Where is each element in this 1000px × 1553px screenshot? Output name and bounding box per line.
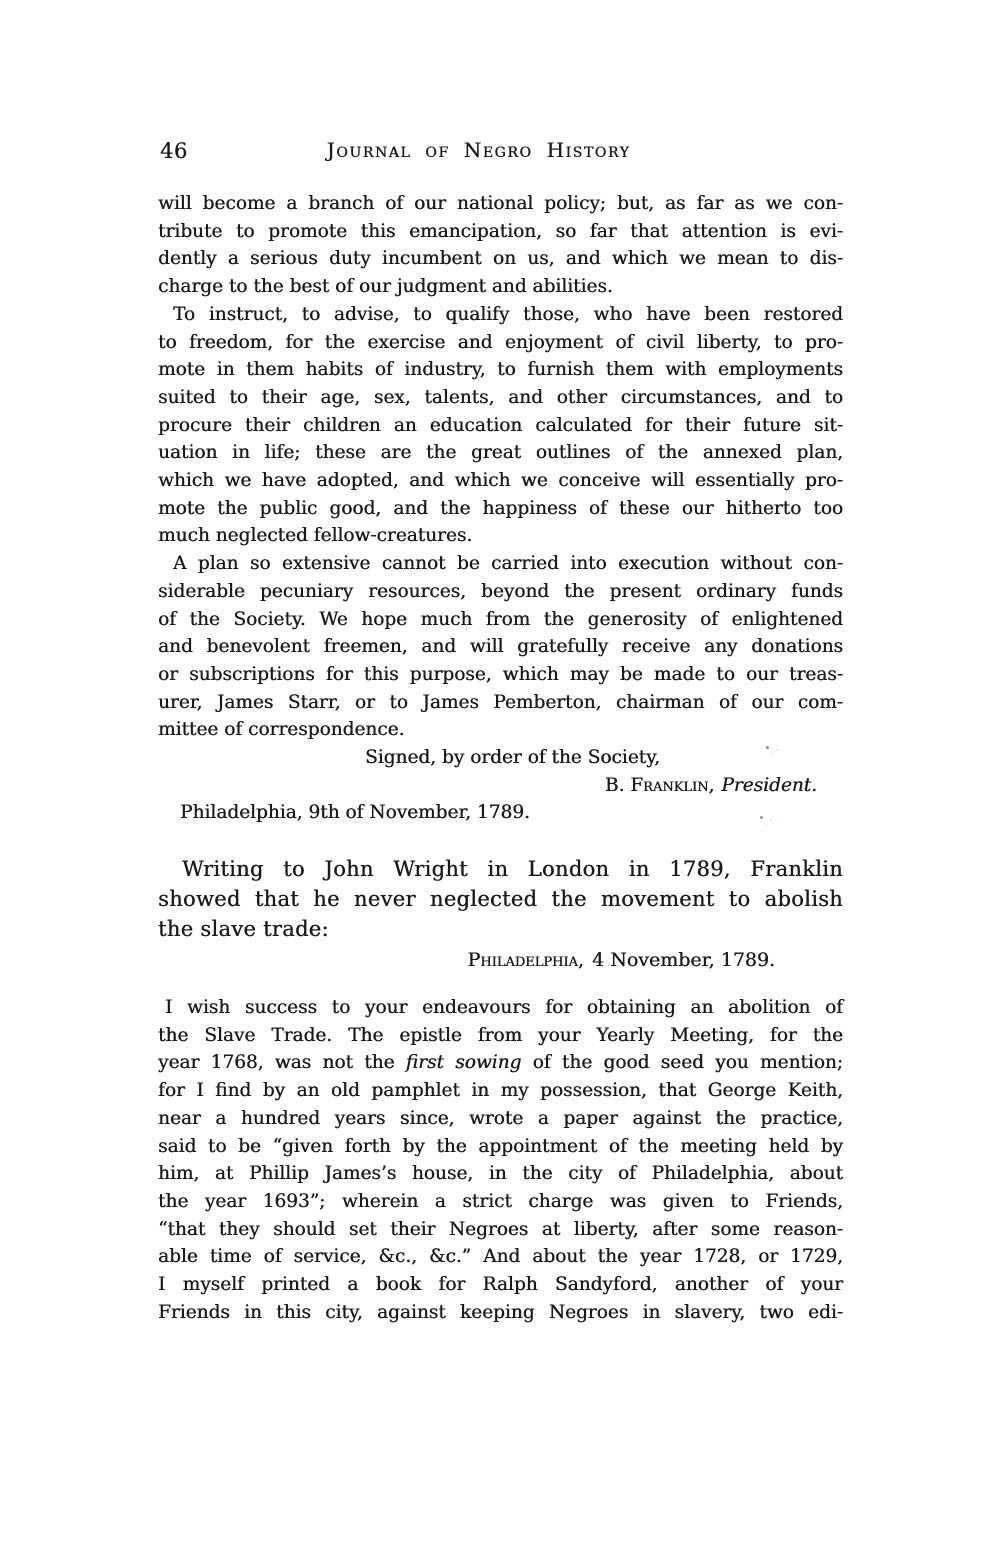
text-line: for I find by an old pamphlet in my poss… [158,1077,843,1105]
text-line: the slave trade: [158,914,843,944]
text-line: of the Society. We hope much from the ge… [158,606,843,634]
text-line: year 1768, was not the first sowing of t… [158,1049,843,1077]
text-line: Friends in this city, against keeping Ne… [158,1299,843,1327]
text-line: him, at Phillip James’s house, in the ci… [158,1160,843,1188]
scan-speckle [766,746,769,749]
text-line: will become a branch of our national pol… [158,190,843,218]
journal-title: Journal of Negro History [136,138,821,162]
text-line: the Slave Trade. The epistle from your Y… [158,1022,843,1050]
text-line: which we have adopted, and which we conc… [158,467,843,495]
text-line: Writing to John Wright in London in 1789… [158,854,843,884]
text-line: much neglected fellow-creatures. [158,522,843,550]
signature-name: B. Franklin, [605,775,714,796]
second-letter-dateline: Philadelphia,4 November, 1789. [158,947,843,975]
letter-excerpt: will become a branch of our national pol… [158,190,843,827]
scan-speckle [760,816,763,819]
text-line: I myself printed a book for Ralph Sandyf… [158,1271,843,1299]
text-line: uation in life; these are the great outl… [158,439,843,467]
text-line: mote the public good, and the happiness … [158,495,843,523]
dateline-date: 4 November, 1789. [592,949,775,971]
paragraph: will become a branch of our national pol… [158,190,843,301]
text-line: said to be “given forth by the appointme… [158,1133,843,1161]
text-line: mittee of correspondence. [158,716,843,744]
text-line: To instruct, to advise, to qualify those… [158,301,843,329]
signature-title: President. [721,775,817,796]
letter-signature: B. Franklin,President. [158,772,843,800]
dateline-place: Philadelphia, [467,949,583,971]
text-line: near a hundred years since, wrote a pape… [158,1105,843,1133]
text-span: year 1768, was not the [158,1052,406,1073]
letter-dateline: Philadelphia, 9th of November, 1789. [158,799,843,827]
text-line: suited to their age, sex, talents, and o… [158,384,843,412]
paragraph: To instruct, to advise, to qualify those… [158,301,843,550]
letter-closing: Signed, by order of the Society, [158,744,843,772]
running-header: 46 Journal of Negro History [158,138,843,164]
italic-text: first sowing [406,1052,522,1073]
text-line: I wish success to your endeavours for ob… [158,994,843,1022]
text-line: “that they should set their Negroes at l… [158,1216,843,1244]
scanned-journal-page: 46 Journal of Negro History will become … [0,0,1000,1553]
text-line: showed that he never neglected the movem… [158,884,843,914]
text-line: urer, James Starr, or to James Pemberton… [158,689,843,717]
text-line: the year 1693”; wherein a strict charge … [158,1188,843,1216]
letter-body: will become a branch of our national pol… [158,190,843,744]
text-line: dently a serious duty incumbent on us, a… [158,245,843,273]
text-line: procure their children an education calc… [158,412,843,440]
text-line: charge to the best of our judgment and a… [158,273,843,301]
text-line: A plan so extensive cannot be carried in… [158,550,843,578]
text-line: or subscriptions for this purpose, which… [158,661,843,689]
text-line: siderable pecuniary resources, beyond th… [158,578,843,606]
text-line: mote in them habits of industry, to furn… [158,356,843,384]
text-span: of the good seed you mention; [521,1052,843,1073]
text-line: able time of service, &c., &c.” And abou… [158,1243,843,1271]
second-letter-body: I wish success to your endeavours for ob… [158,994,843,1326]
paragraph: A plan so extensive cannot be carried in… [158,550,843,744]
text-line: to freedom, for the exercise and enjoyme… [158,329,843,357]
text-line: tribute to promote this emancipation, so… [158,218,843,246]
narrative-paragraph: Writing to John Wright in London in 1789… [158,854,843,944]
text-line: and benevolent freemen, and will gratefu… [158,633,843,661]
